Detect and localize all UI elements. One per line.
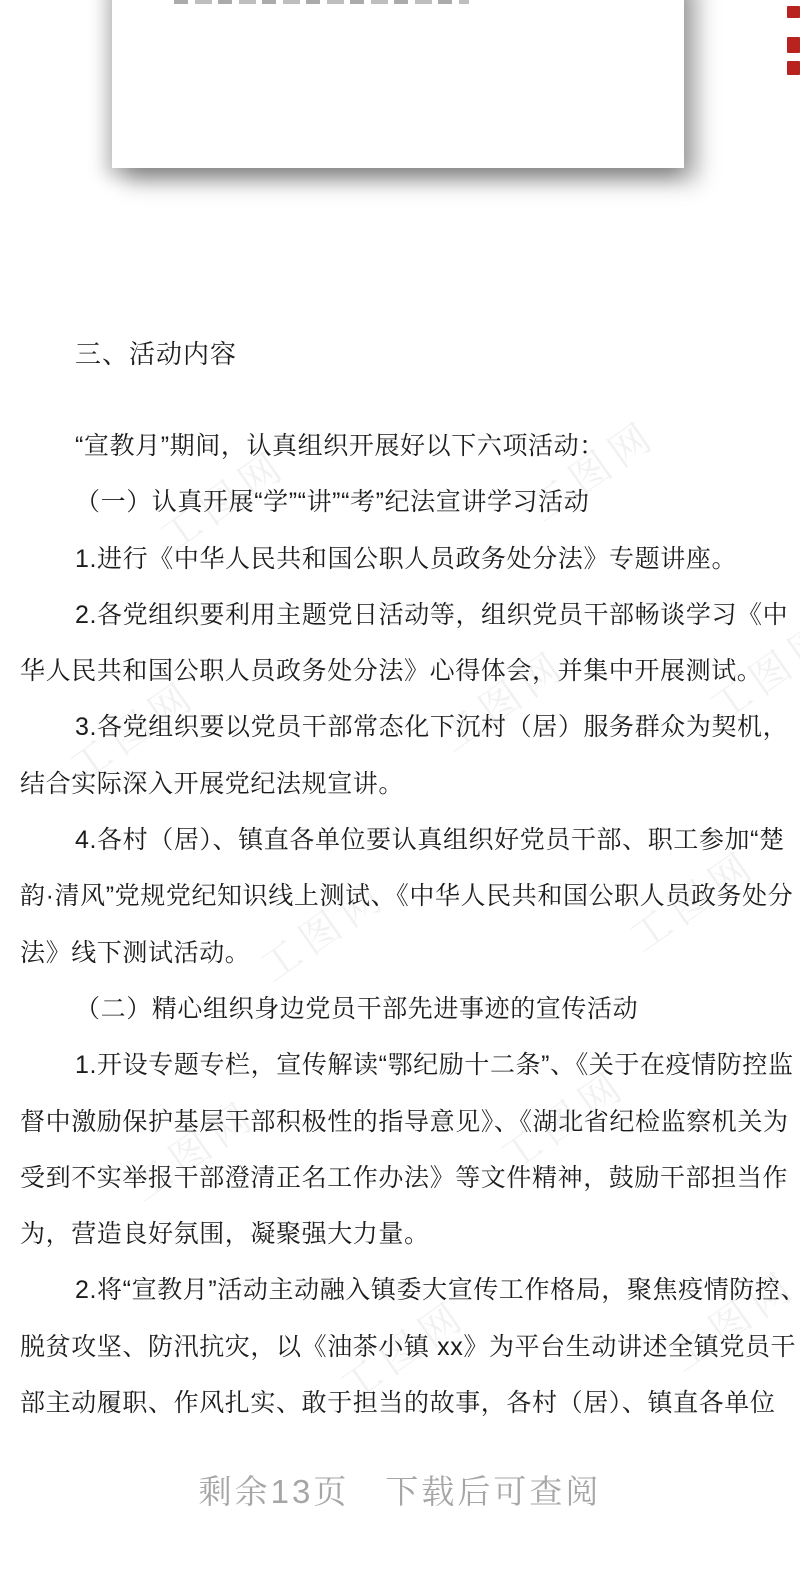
scrollbar-marker [787, 37, 800, 53]
download-hint: 下载后可查阅 [385, 1466, 601, 1513]
previous-page-fragment [112, 0, 684, 168]
text-line: 受到不实举报干部澄清正名工作办法》等文件精神，鼓励干部担当作 [20, 1150, 794, 1206]
text-line: 1.进行《中华人民共和国公职人员政务处分法》专题讲座。 [20, 531, 794, 587]
document-preview-page: 工图网工图网工图网工图网工图网工图网工图网工图网工图网工图网工图网 三、活动内容… [0, 0, 800, 1569]
text-line: 韵·清风”党规党纪知识线上测试、《中华人民共和国公职人员政务处分 [20, 868, 794, 924]
text-line: （一）认真开展“学”“讲”“考”纪法宣讲学习活动 [20, 474, 794, 530]
text-line: 结合实际深入开展党纪法规宣讲。 [20, 756, 794, 812]
document-body: “宣教月”期间，认真组织开展好以下六项活动：（一）认真开展“学”“讲”“考”纪法… [20, 418, 794, 1431]
text-line: “宣教月”期间，认真组织开展好以下六项活动： [20, 418, 794, 474]
text-line: 3.各党组织要以党员干部常态化下沉村（居）服务群众为契机， [20, 699, 794, 755]
scrollbar-marker [787, 61, 800, 75]
text-line: 2.将“宣教月”活动主动融入镇委大宣传工作格局，聚焦疫情防控、 [20, 1262, 794, 1318]
remaining-pages-label: 剩余13页 [199, 1466, 350, 1513]
text-line: 4.各村（居）、镇直各单位要认真组织好党员干部、职工参加“楚 [20, 812, 794, 868]
text-line: 华人民共和国公职人员政务处分法》心得体会，并集中开展测试。 [20, 643, 794, 699]
text-line: 为，营造良好氛围，凝聚强大力量。 [20, 1206, 794, 1262]
clipped-text-sliver [174, 0, 469, 4]
text-line: （二）精心组织身边党员干部先进事迹的宣传活动 [20, 981, 794, 1037]
preview-footer: 剩余13页 下载后可查阅 [0, 1466, 800, 1513]
section-heading: 三、活动内容 [75, 334, 237, 371]
text-line: 法》线下测试活动。 [20, 925, 794, 981]
text-line: 脱贫攻坚、防汛抗灾，以《油茶小镇 xx》为平台生动讲述全镇党员干 [20, 1319, 794, 1375]
text-line: 1.开设专题专栏，宣传解读“鄂纪励十二条”、《关于在疫情防控监 [20, 1037, 794, 1093]
scrollbar-marker [787, 6, 800, 18]
text-line: 2.各党组织要利用主题党日活动等，组织党员干部畅谈学习《中 [20, 587, 794, 643]
text-line: 督中激励保护基层干部积极性的指导意见》、《湖北省纪检监察机关为 [20, 1094, 794, 1150]
text-line: 部主动履职、作风扎实、敢于担当的故事，各村（居）、镇直各单位 [20, 1375, 794, 1431]
